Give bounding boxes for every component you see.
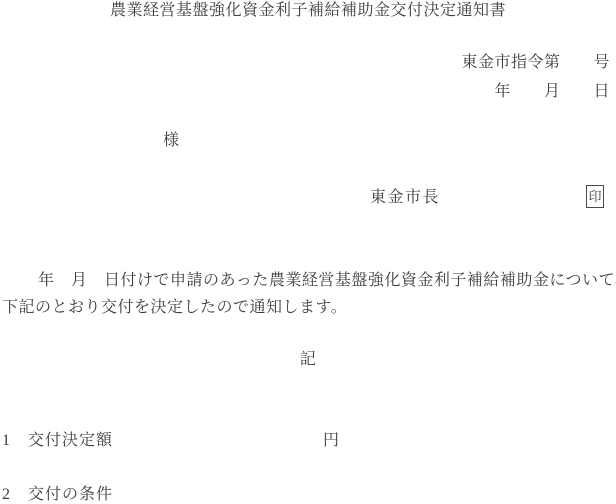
record-marker: 記 [0, 352, 616, 368]
item-2-label: 交付の条件 [28, 487, 113, 503]
directive-number-line: 東金市指令第 号 [461, 55, 610, 71]
seal-box: 印 [586, 185, 604, 208]
body-line-1: 年 月 日付けで申請のあった農業経営基盤強化資金利子補給補助金について、 [38, 273, 616, 289]
sender-title: 東金市長 [370, 190, 440, 206]
item-2-number: 2 [2, 487, 11, 503]
item-1-label: 交付決定額 [28, 433, 113, 449]
item-1-unit: 円 [323, 433, 340, 449]
body-line-2: 下記のとおり交付を決定したので通知します。 [2, 300, 347, 316]
document-page: 農業経営基盤強化資金利子補給補助金交付決定通知書 東金市指令第 号 年 月 日 … [0, 0, 616, 504]
date-line: 年 月 日 [494, 84, 610, 100]
seal-label: 印 [588, 190, 601, 203]
document-title: 農業経営基盤強化資金利子補給補助金交付決定通知書 [0, 3, 616, 19]
item-1-number: 1 [2, 433, 11, 449]
item-row-1: 1 交付決定額 円 [0, 433, 616, 451]
addressee-honorific: 様 [163, 133, 180, 149]
item-row-2: 2 交付の条件 [0, 487, 616, 504]
